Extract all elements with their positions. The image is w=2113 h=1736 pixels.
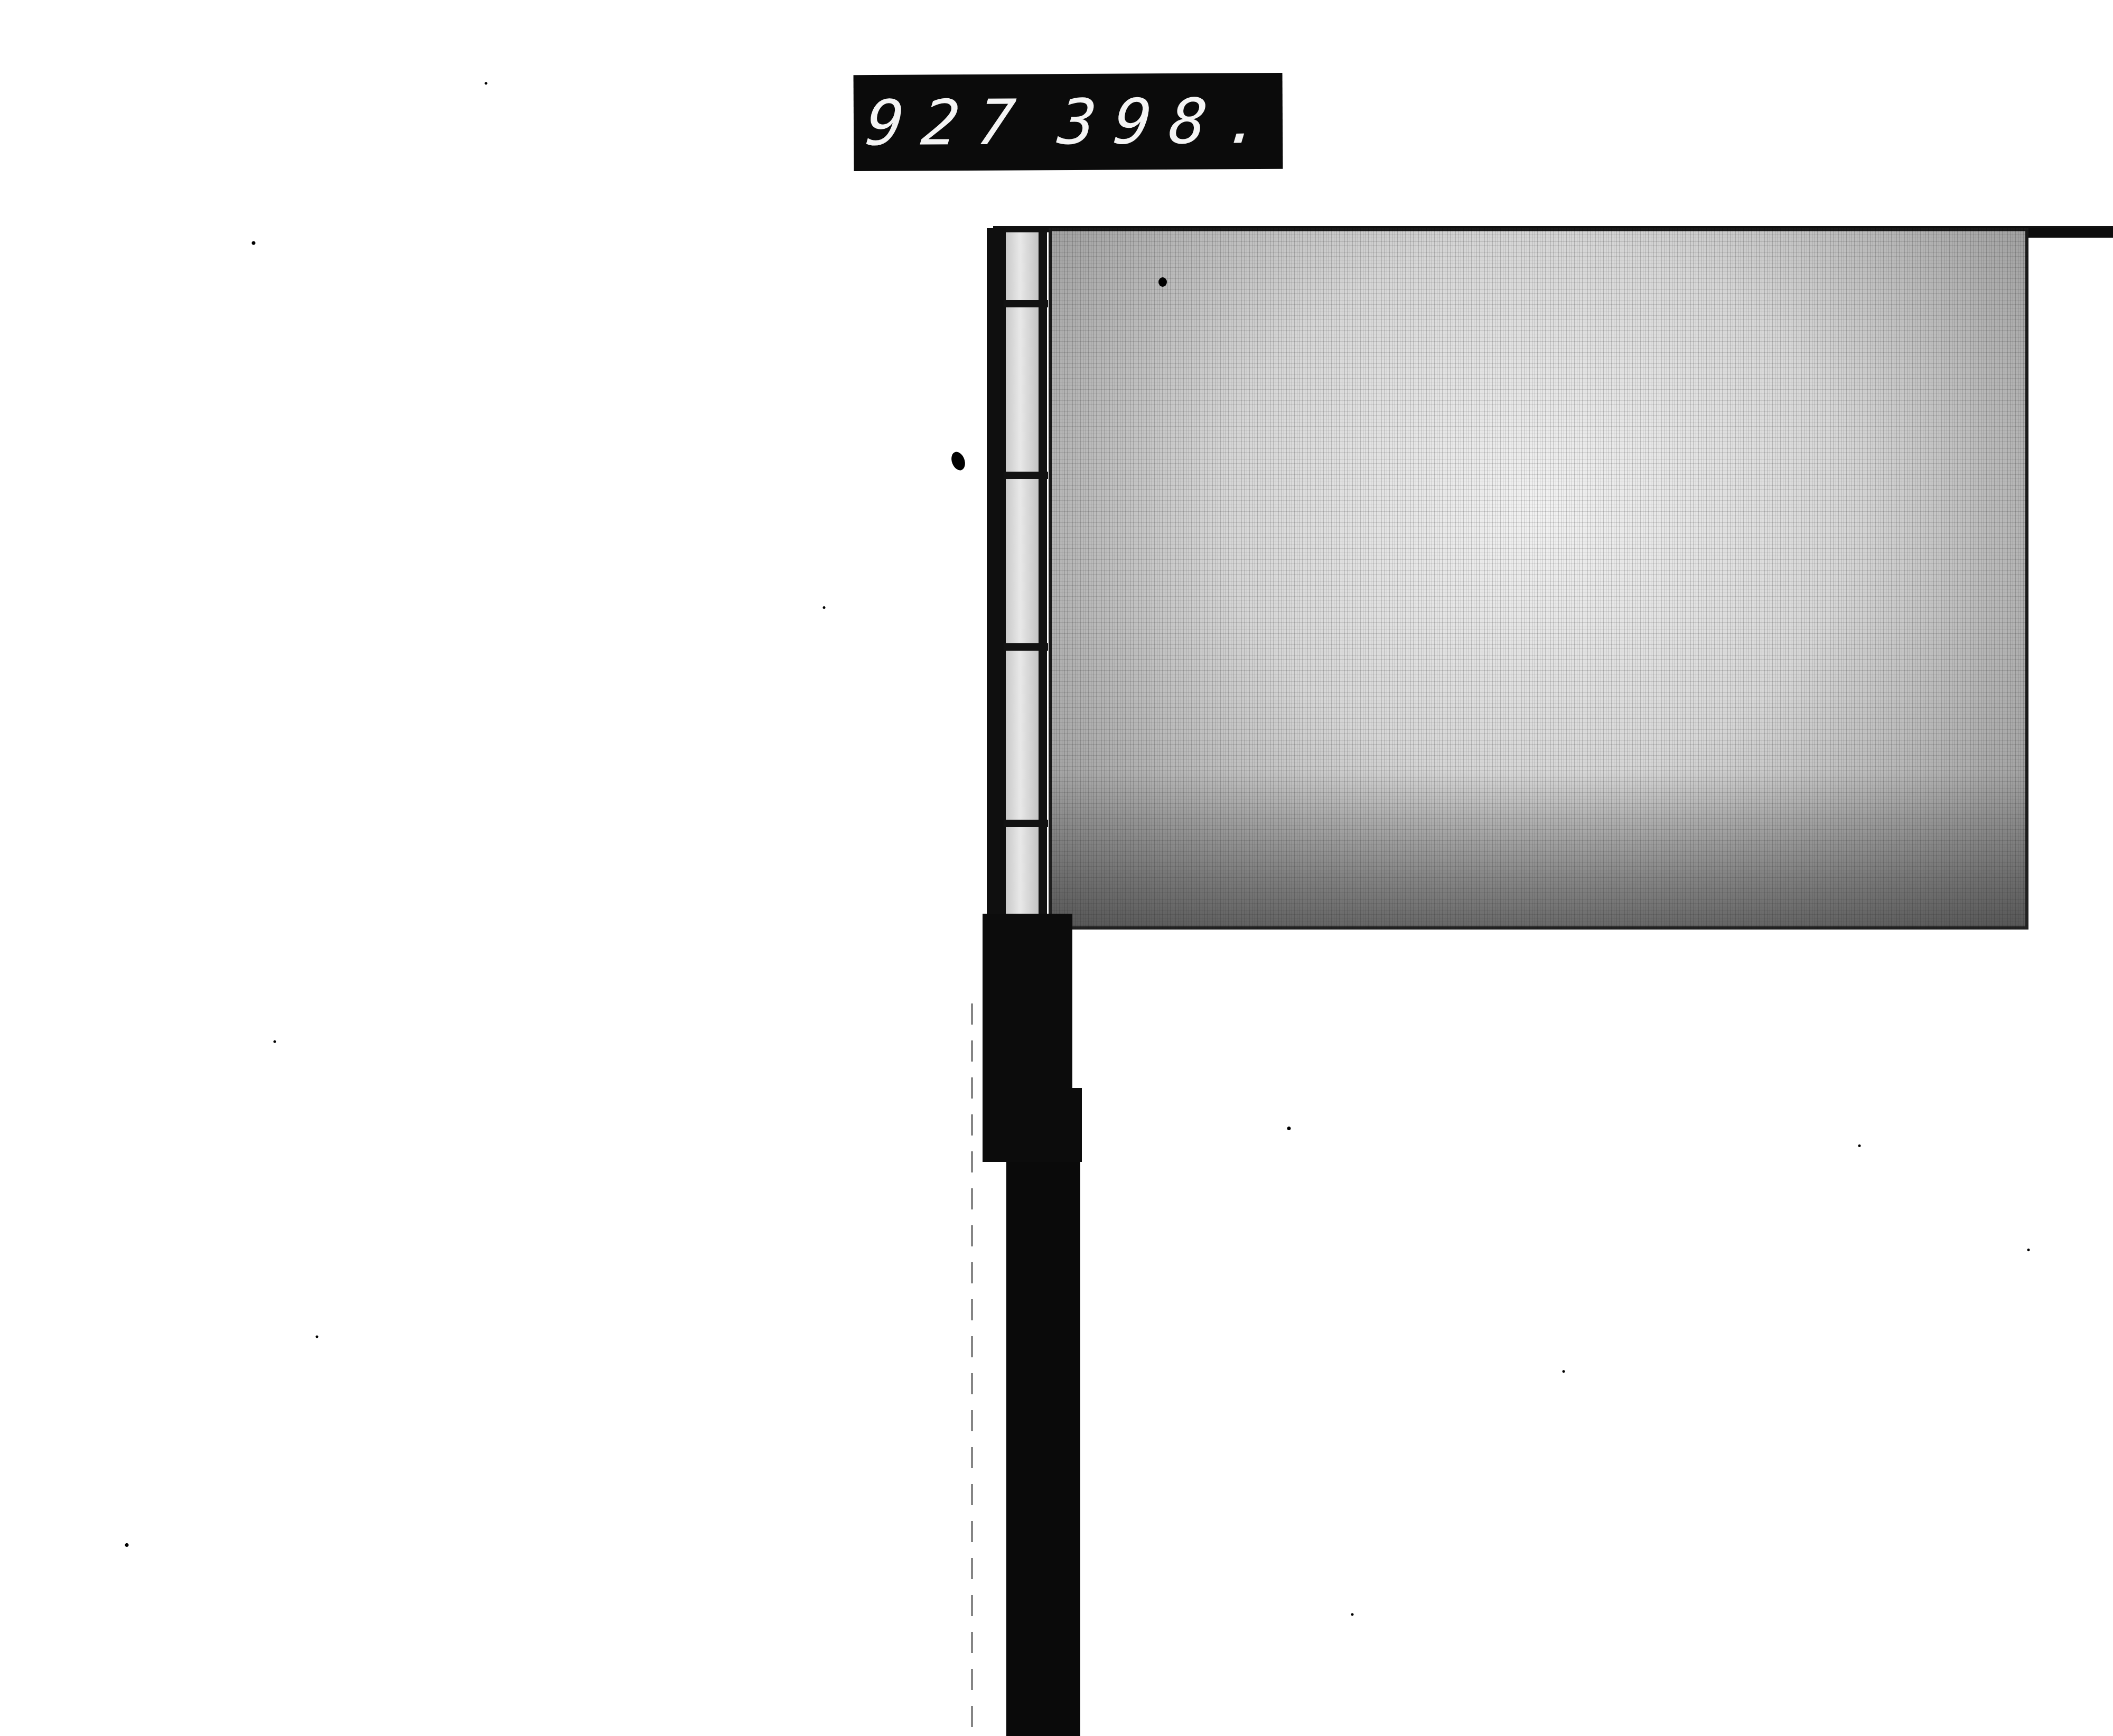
page-edge-shadow [971,1003,973,1732]
binding-stitch [1004,643,1048,651]
book-spine-lower [983,914,1072,1162]
binding-thread-line [1039,232,1047,919]
frame-counter-label: 927 398. [854,73,1283,171]
frame-counter-right: 398. [1055,90,1284,153]
book-right-overhang [2028,228,2113,238]
book-cover [1049,228,2028,930]
book-spine-step [1072,1088,1082,1162]
frame-counter-left: 927 [863,91,1036,154]
book-spine-bottom [1006,1162,1080,1736]
binding-stitch [1004,300,1048,307]
binding-stitch [1004,820,1048,827]
cover-blemish [1158,277,1167,287]
binding-stitch [1004,472,1048,479]
scanned-page: 927 398. [0,0,2113,1736]
spine-binding-panel [1006,232,1042,914]
